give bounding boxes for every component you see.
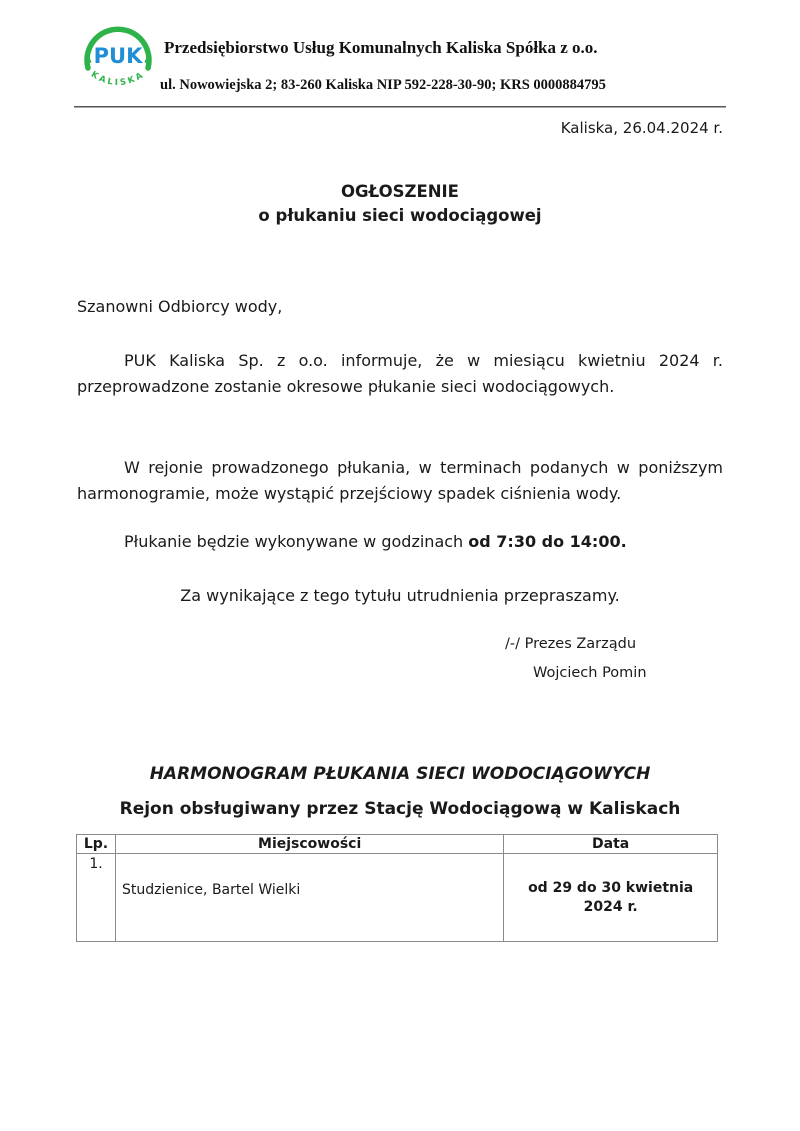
greeting: Szanowni Odbiorcy wody,	[77, 297, 282, 316]
title-line-2: o płukaniu sieci wodociągowej	[0, 204, 800, 228]
apology-line: Za wynikające z tego tytułu utrudnienia …	[0, 586, 800, 605]
title-line-1: OGŁOSZENIE	[0, 180, 800, 204]
column-header-lp: Lp.	[77, 835, 116, 854]
column-header-date: Data	[504, 835, 718, 854]
cell-lp: 1.	[77, 854, 116, 942]
date-year: 2024 r.	[508, 898, 713, 917]
column-header-places: Miejscowości	[115, 835, 503, 854]
svg-text:PUK: PUK	[94, 44, 143, 68]
paragraph-pressure-warning: W rejonie prowadzonego płukania, w termi…	[77, 455, 723, 507]
flushing-hours: Płukanie będzie wykonywane w godzinach o…	[124, 532, 627, 551]
cell-date: od 29 do 30 kwietnia 2024 r.	[504, 854, 718, 942]
date-line: Kaliska, 26.04.2024 r.	[561, 119, 723, 137]
company-address: ul. Nowowiejska 2; 83-260 Kaliska NIP 59…	[160, 77, 606, 94]
schedule-title: HARMONOGRAM PŁUKANIA SIECI WODOCIĄGOWYCH	[0, 764, 800, 784]
date-range: od 29 do 30 kwietnia	[508, 879, 713, 898]
signature-role: /-/ Prezes Zarządu	[505, 636, 636, 652]
schedule-table: Lp. Miejscowości Data 1. Studzienice, Ba…	[76, 834, 718, 942]
header-divider	[74, 106, 726, 108]
hours-prefix: Płukanie będzie wykonywane w godzinach	[124, 532, 468, 551]
schedule-subtitle: Rejon obsługiwany przez Stację Wodociągo…	[0, 799, 800, 819]
puk-kaliska-logo-icon: PUK KALISKA	[80, 16, 156, 96]
signature-name: Wojciech Pomin	[533, 665, 647, 681]
table-header-row: Lp. Miejscowości Data	[77, 835, 718, 854]
paragraph-1-text: PUK Kaliska Sp. z o.o. informuje, że w m…	[77, 351, 723, 396]
paragraph-announcement: PUK Kaliska Sp. z o.o. informuje, że w m…	[77, 348, 723, 400]
announcement-title: OGŁOSZENIE o płukaniu sieci wodociągowej	[0, 180, 800, 228]
company-name: Przedsiębiorstwo Usług Komunalnych Kalis…	[164, 38, 598, 58]
paragraph-2-text: W rejonie prowadzonego płukania, w termi…	[77, 458, 723, 503]
cell-places: Studzienice, Bartel Wielki	[115, 854, 503, 942]
hours-range: od 7:30 do 14:00.	[468, 532, 626, 551]
table-row: 1. Studzienice, Bartel Wielki od 29 do 3…	[77, 854, 718, 942]
svg-text:KALISKA: KALISKA	[89, 70, 147, 88]
